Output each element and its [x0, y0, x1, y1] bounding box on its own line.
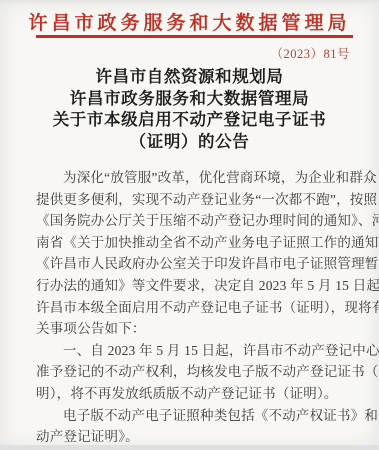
body-line: 明），将不再发放纸质版不动产登记证书（证明）。	[36, 383, 353, 405]
title-line: 许昌市自然资源和规划局	[0, 66, 379, 88]
photo-edge-top	[0, 0, 379, 4]
body-line: 一、自 2023 年 5 月 15 日起，许昌市不动产登记中心对	[36, 340, 353, 362]
announcement-title: 许昌市自然资源和规划局许昌市政务服务和大数据管理局关于市本级启用不动产登记电子证…	[0, 66, 379, 152]
issuing-agency-letterhead: 许昌市政务服务和大数据管理局	[0, 8, 379, 35]
document-page: 许昌市政务服务和大数据管理局 （2023）81号 许昌市自然资源和规划局许昌市政…	[0, 0, 379, 450]
body-line: 关事项公告如下：	[36, 318, 353, 340]
body-paragraph: 电子版不动产电子证照种类包括《不动产权证书》和《不动产登记证明》。	[36, 405, 353, 448]
body-line: 提供更多便利，实现不动产登记业务“一次都不跑”，按照	[36, 189, 353, 211]
body-line: 电子版不动产电子证照种类包括《不动产权证书》和《不	[36, 405, 353, 427]
letterhead-divider	[36, 35, 353, 38]
announcement-body: 为深化“放管服”改革，优化营商环境，为企业和群众提供更多便利，实现不动产登记业务…	[36, 167, 353, 448]
body-line: 南省《关于加快推动全省不动产业务电子证照工作的通知》、	[36, 232, 353, 254]
title-line: 关于市本级启用不动产登记电子证书	[0, 109, 379, 131]
title-line: （证明）的公告	[0, 131, 379, 153]
body-line: 许昌市本级全面启用不动产登记电子证书（证明），现将有	[36, 297, 353, 319]
body-line: 《许昌市人民政府办公室关于印发许昌市电子证照管理暂	[36, 253, 353, 275]
body-line: 《国务院办公厅关于压缩不动产登记办理时间的通知》、河	[36, 210, 353, 232]
body-paragraph: 为深化“放管服”改革，优化营商环境，为企业和群众提供更多便利，实现不动产登记业务…	[36, 167, 353, 340]
body-line: 行办法的通知》等文件要求，决定自 2023 年 5 月 15 日起，	[36, 275, 353, 297]
body-paragraph: 一、自 2023 年 5 月 15 日起，许昌市不动产登记中心对准予登记的不动产…	[36, 340, 353, 405]
document-number: （2023）81号	[270, 44, 350, 62]
title-line: 许昌市政务服务和大数据管理局	[0, 88, 379, 110]
body-line: 准予登记的不动产权利，均核发电子版不动产登记证书（证	[36, 361, 353, 383]
photo-edge-bottom	[0, 445, 379, 450]
body-line: 为深化“放管服”改革，优化营商环境，为企业和群众	[36, 167, 353, 189]
